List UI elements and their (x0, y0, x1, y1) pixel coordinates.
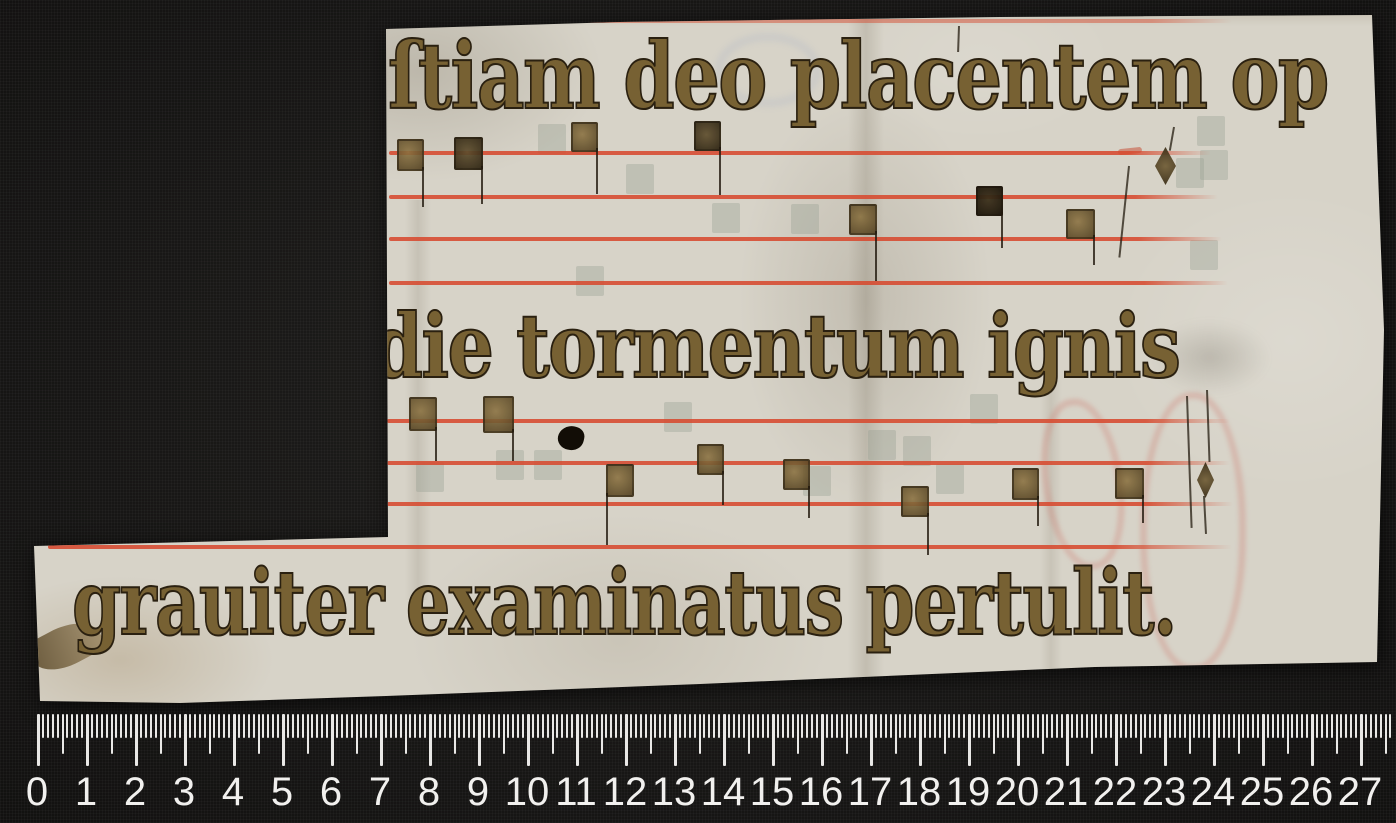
neume-stem (481, 166, 483, 204)
staff-line (387, 502, 1233, 506)
neume-square (571, 122, 598, 152)
show-through-note (712, 203, 740, 233)
neume-square (1115, 468, 1144, 499)
neume-stem (1001, 212, 1003, 248)
show-through-note (791, 204, 819, 234)
neume-stem (1037, 496, 1039, 526)
parchment-fragment-wrap: ſtiam deo placentem op die tormentum ign… (0, 0, 1396, 823)
neume-stem (719, 147, 721, 195)
neume-stem (596, 148, 598, 194)
neume-square (783, 459, 810, 490)
staff-line (389, 151, 1211, 155)
neume-stem (1093, 235, 1095, 265)
neume-stem (1142, 495, 1144, 523)
text-line-3: grauiter examinatus pertulit. (72, 558, 1176, 648)
staff-line (432, 19, 1232, 23)
custos-tail (1169, 127, 1175, 151)
neume-stem (927, 513, 929, 555)
staff-line (48, 545, 1232, 549)
show-through-note (664, 402, 692, 432)
show-through-note (626, 164, 654, 194)
staff-line (389, 237, 1222, 241)
show-through-note (534, 450, 562, 480)
text-line-2: die tormentum ignis (372, 302, 1179, 390)
text-line-1: ſtiam deo placentem op (388, 30, 1328, 122)
show-through-note (1190, 240, 1218, 270)
show-through-note (538, 124, 566, 154)
show-through-note (936, 464, 964, 494)
neume-square (1012, 468, 1039, 500)
show-through-note (868, 430, 896, 460)
neume-stem (875, 231, 877, 281)
neume-stem (512, 429, 514, 461)
neume-square (606, 464, 634, 497)
neume-square (697, 444, 724, 475)
ink-blob (556, 424, 586, 453)
staff-line (389, 195, 1218, 199)
neume-square (397, 139, 424, 171)
neume-stem (435, 427, 437, 461)
neume-square (694, 121, 721, 151)
neume-stem (722, 471, 724, 505)
show-through-note (1197, 116, 1225, 146)
neume-square (483, 396, 514, 433)
staff-line (389, 281, 1228, 285)
manuscript-photo-scene: { "artifact": { "kind": "parchment-music… (0, 0, 1396, 823)
neume-square (454, 137, 483, 170)
neume-square (849, 204, 877, 235)
show-through-note (416, 462, 444, 492)
neume-square (976, 186, 1003, 216)
neume-stem (808, 486, 810, 518)
parchment-fragment: ſtiam deo placentem op die tormentum ign… (0, 0, 1396, 823)
neume-square (901, 486, 929, 517)
neume-stem (606, 493, 608, 545)
neume-square (409, 397, 437, 431)
ink-stroke (1118, 166, 1130, 258)
neume-stem (422, 167, 424, 207)
show-through-note (496, 450, 524, 480)
neume-square (1066, 209, 1095, 239)
